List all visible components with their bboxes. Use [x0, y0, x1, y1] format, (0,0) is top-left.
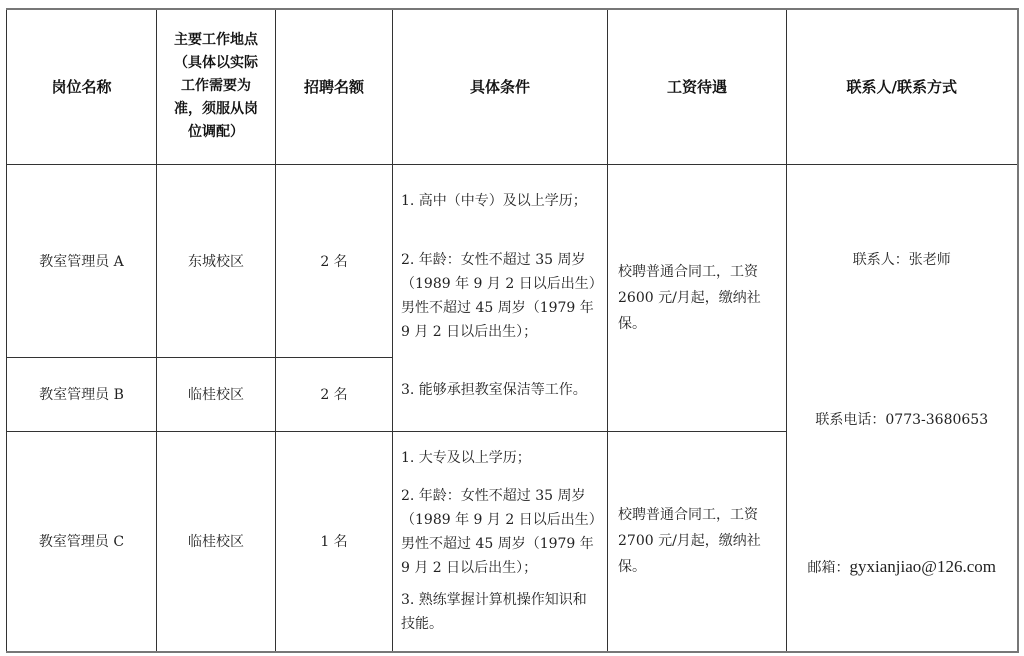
location-cell: 临桂校区 [157, 357, 276, 431]
table-row: 教室管理员 A 东城校区 2 名 1. 高中（中专）及以上学历； 2. 年龄：女… [7, 164, 1018, 357]
salary-cell: 校聘普通合同工，工资 2700 元/月起，缴纳社保。 [608, 431, 787, 652]
position-cell: 教室管理员 B [7, 357, 157, 431]
email-address[interactable]: gyxianjiao@126.com [850, 557, 996, 576]
contact-phone: 联系电话：0773-3680653 [787, 409, 1017, 429]
header-location-line: 位调配） [163, 121, 269, 144]
contact-email: 邮箱：gyxianjiao@126.com [787, 557, 1017, 577]
location-cell: 东城校区 [157, 164, 276, 357]
conditions-cell: 1. 高中（中专）及以上学历； 2. 年龄：女性不超过 35 周岁（1989 年… [393, 164, 608, 431]
position-cell: 教室管理员 A [7, 164, 157, 357]
header-quota: 招聘名额 [276, 9, 393, 164]
quota-cell: 1 名 [276, 431, 393, 652]
header-location-line: 主要工作地点 [163, 29, 269, 52]
header-salary: 工资待遇 [608, 9, 787, 164]
condition-item: 1. 高中（中专）及以上学历； [401, 189, 599, 213]
header-contact: 联系人/联系方式 [787, 9, 1018, 164]
email-label: 邮箱： [808, 560, 850, 576]
position-cell: 教室管理员 C [7, 431, 157, 652]
condition-item: 1. 大专及以上学历； [401, 446, 599, 470]
quota-cell: 2 名 [276, 164, 393, 357]
header-location: 主要工作地点 （具体以实际 工作需要为 准，须服从岗 位调配） [157, 9, 276, 164]
condition-item: 3. 熟练掌握计算机操作知识和技能。 [401, 588, 599, 636]
condition-item: 3. 能够承担教室保洁等工作。 [401, 378, 599, 402]
condition-item: 2. 年龄：女性不超过 35 周岁（1989 年 9 月 2 日以后出生）男性不… [401, 484, 599, 580]
condition-item: 2. 年龄：女性不超过 35 周岁（1989 年 9 月 2 日以后出生）男性不… [401, 248, 599, 344]
header-location-line: 准，须服从岗 [163, 98, 269, 121]
contact-cell: 联系人：张老师 联系电话：0773-3680653 邮箱：gyxianjiao@… [787, 164, 1018, 652]
header-position: 岗位名称 [7, 9, 157, 164]
header-row: 岗位名称 主要工作地点 （具体以实际 工作需要为 准，须服从岗 位调配） 招聘名… [7, 9, 1018, 164]
header-location-line: 工作需要为 [163, 75, 269, 98]
location-cell: 临桂校区 [157, 431, 276, 652]
recruitment-table: 岗位名称 主要工作地点 （具体以实际 工作需要为 准，须服从岗 位调配） 招聘名… [6, 8, 1019, 653]
header-conditions: 具体条件 [393, 9, 608, 164]
header-location-line: （具体以实际 [163, 52, 269, 75]
contact-person: 联系人：张老师 [787, 249, 1017, 269]
conditions-cell: 1. 大专及以上学历； 2. 年龄：女性不超过 35 周岁（1989 年 9 月… [393, 431, 608, 652]
salary-cell: 校聘普通合同工，工资 2600 元/月起，缴纳社保。 [608, 164, 787, 431]
quota-cell: 2 名 [276, 357, 393, 431]
